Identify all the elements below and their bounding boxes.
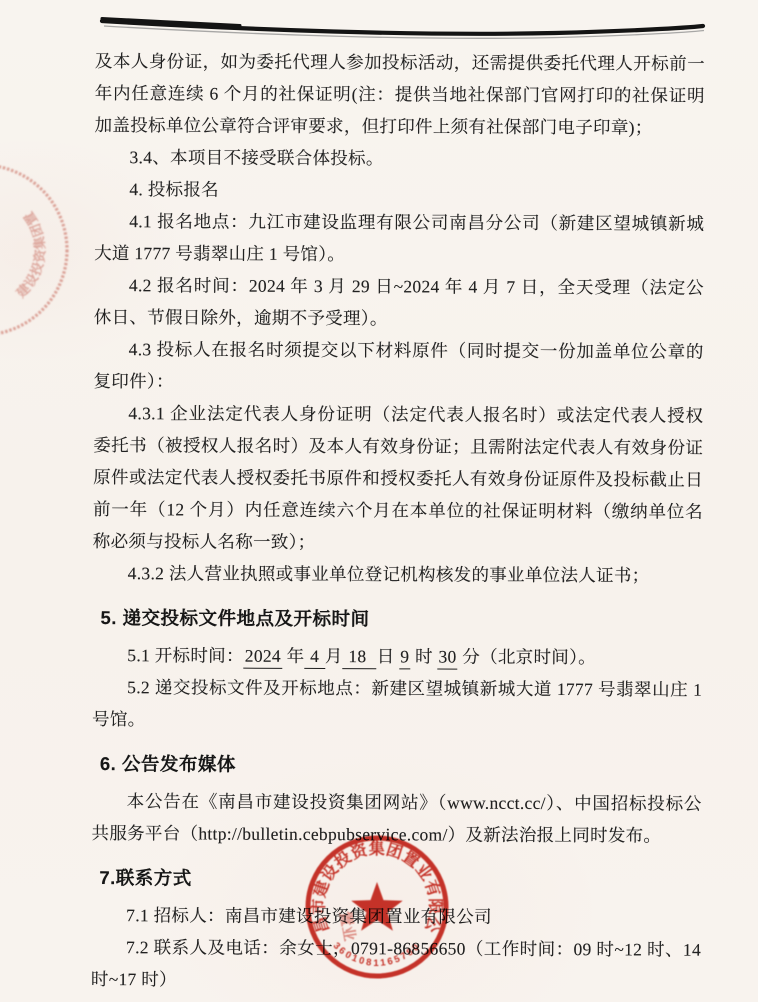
paragraph: 3.4、本项目不接受联合体投标。 — [94, 141, 704, 176]
underlined-value: 30 — [437, 647, 457, 670]
paragraph: 4.1 报名地点：九江市建设监理有限公司南昌分公司（新建区望城镇新城大道 177… — [94, 205, 704, 272]
paragraph: 5.1 开标时间：2024 年 4 月 18 日 9 时 30 分（北京时间）。 — [92, 639, 702, 674]
text-run: 时 — [410, 646, 437, 666]
paragraph: 4. 投标报名 — [94, 173, 704, 208]
paragraph: 4.2 报名时间：2024 年 3 月 29 日~2024 年 4 月 7 日，… — [94, 269, 704, 336]
partial-seal-stamp: 建设投资集团置 — [0, 160, 82, 352]
text-run: 日 — [377, 646, 400, 666]
text-run: 分（北京时间）。 — [458, 647, 596, 668]
paragraph: 4.3 投标人在报名时须提交以下材料原件（同时提交一份加盖单位公章的复印件）： — [93, 333, 703, 400]
paragraph: 及本人身份证，如为委托代理人参加投标活动，还需提供委托代理人开标前一年内任意连续… — [95, 45, 705, 144]
underlined-value: 18 — [343, 646, 377, 669]
partial-seal-marks: 建设投资集团置 — [13, 208, 48, 301]
section-heading: 5. 递交投标文件地点及开标时间 — [92, 602, 702, 637]
paragraph: 4.3.2 法人营业执照或事业单位登记机构核发的事业单位法人证书； — [93, 557, 703, 592]
section-heading: 6. 公告发布媒体 — [92, 748, 702, 783]
paragraph: 4.3.1 企业法定代表人身份证明（法定代表人报名时）或法定代表人授权委托书（被… — [93, 397, 704, 560]
paragraph: 5.2 递交投标文件及开标地点：新建区望城镇新城大道 1777 号翡翠山庄 1 … — [92, 671, 702, 738]
svg-text:建设投资集团置: 建设投资集团置 — [13, 208, 48, 301]
text-run: 年 — [282, 646, 305, 666]
document-body: 及本人身份证，如为委托代理人参加投标活动，还需提供委托代理人开标前一年内任意连续… — [91, 45, 705, 998]
underlined-value: 4 — [304, 646, 325, 669]
text-run: 5.1 开标时间： — [127, 645, 244, 666]
underlined-value: 2024 — [244, 646, 282, 669]
underlined-value: 9 — [399, 646, 410, 669]
section-heading: 7.联系方式 — [91, 862, 701, 897]
scanned-page: 建设投资集团置 及本人身份证，如为委托代理人参加投标活动，还需提供委托代理人开标… — [0, 0, 758, 1002]
text-run: 月 — [325, 646, 343, 666]
paragraph: 本公告在《南昌市建设投资集团网站》（www.ncct.cc/）、中国招标投标公共… — [91, 785, 701, 852]
paragraph: 7.1 招标人：南昌市建设投资集团置业有限公司 — [91, 899, 701, 934]
paragraph: 7.2 联系人及电话：余女士，0791-86856650（工作时间：09 时~1… — [91, 931, 701, 998]
